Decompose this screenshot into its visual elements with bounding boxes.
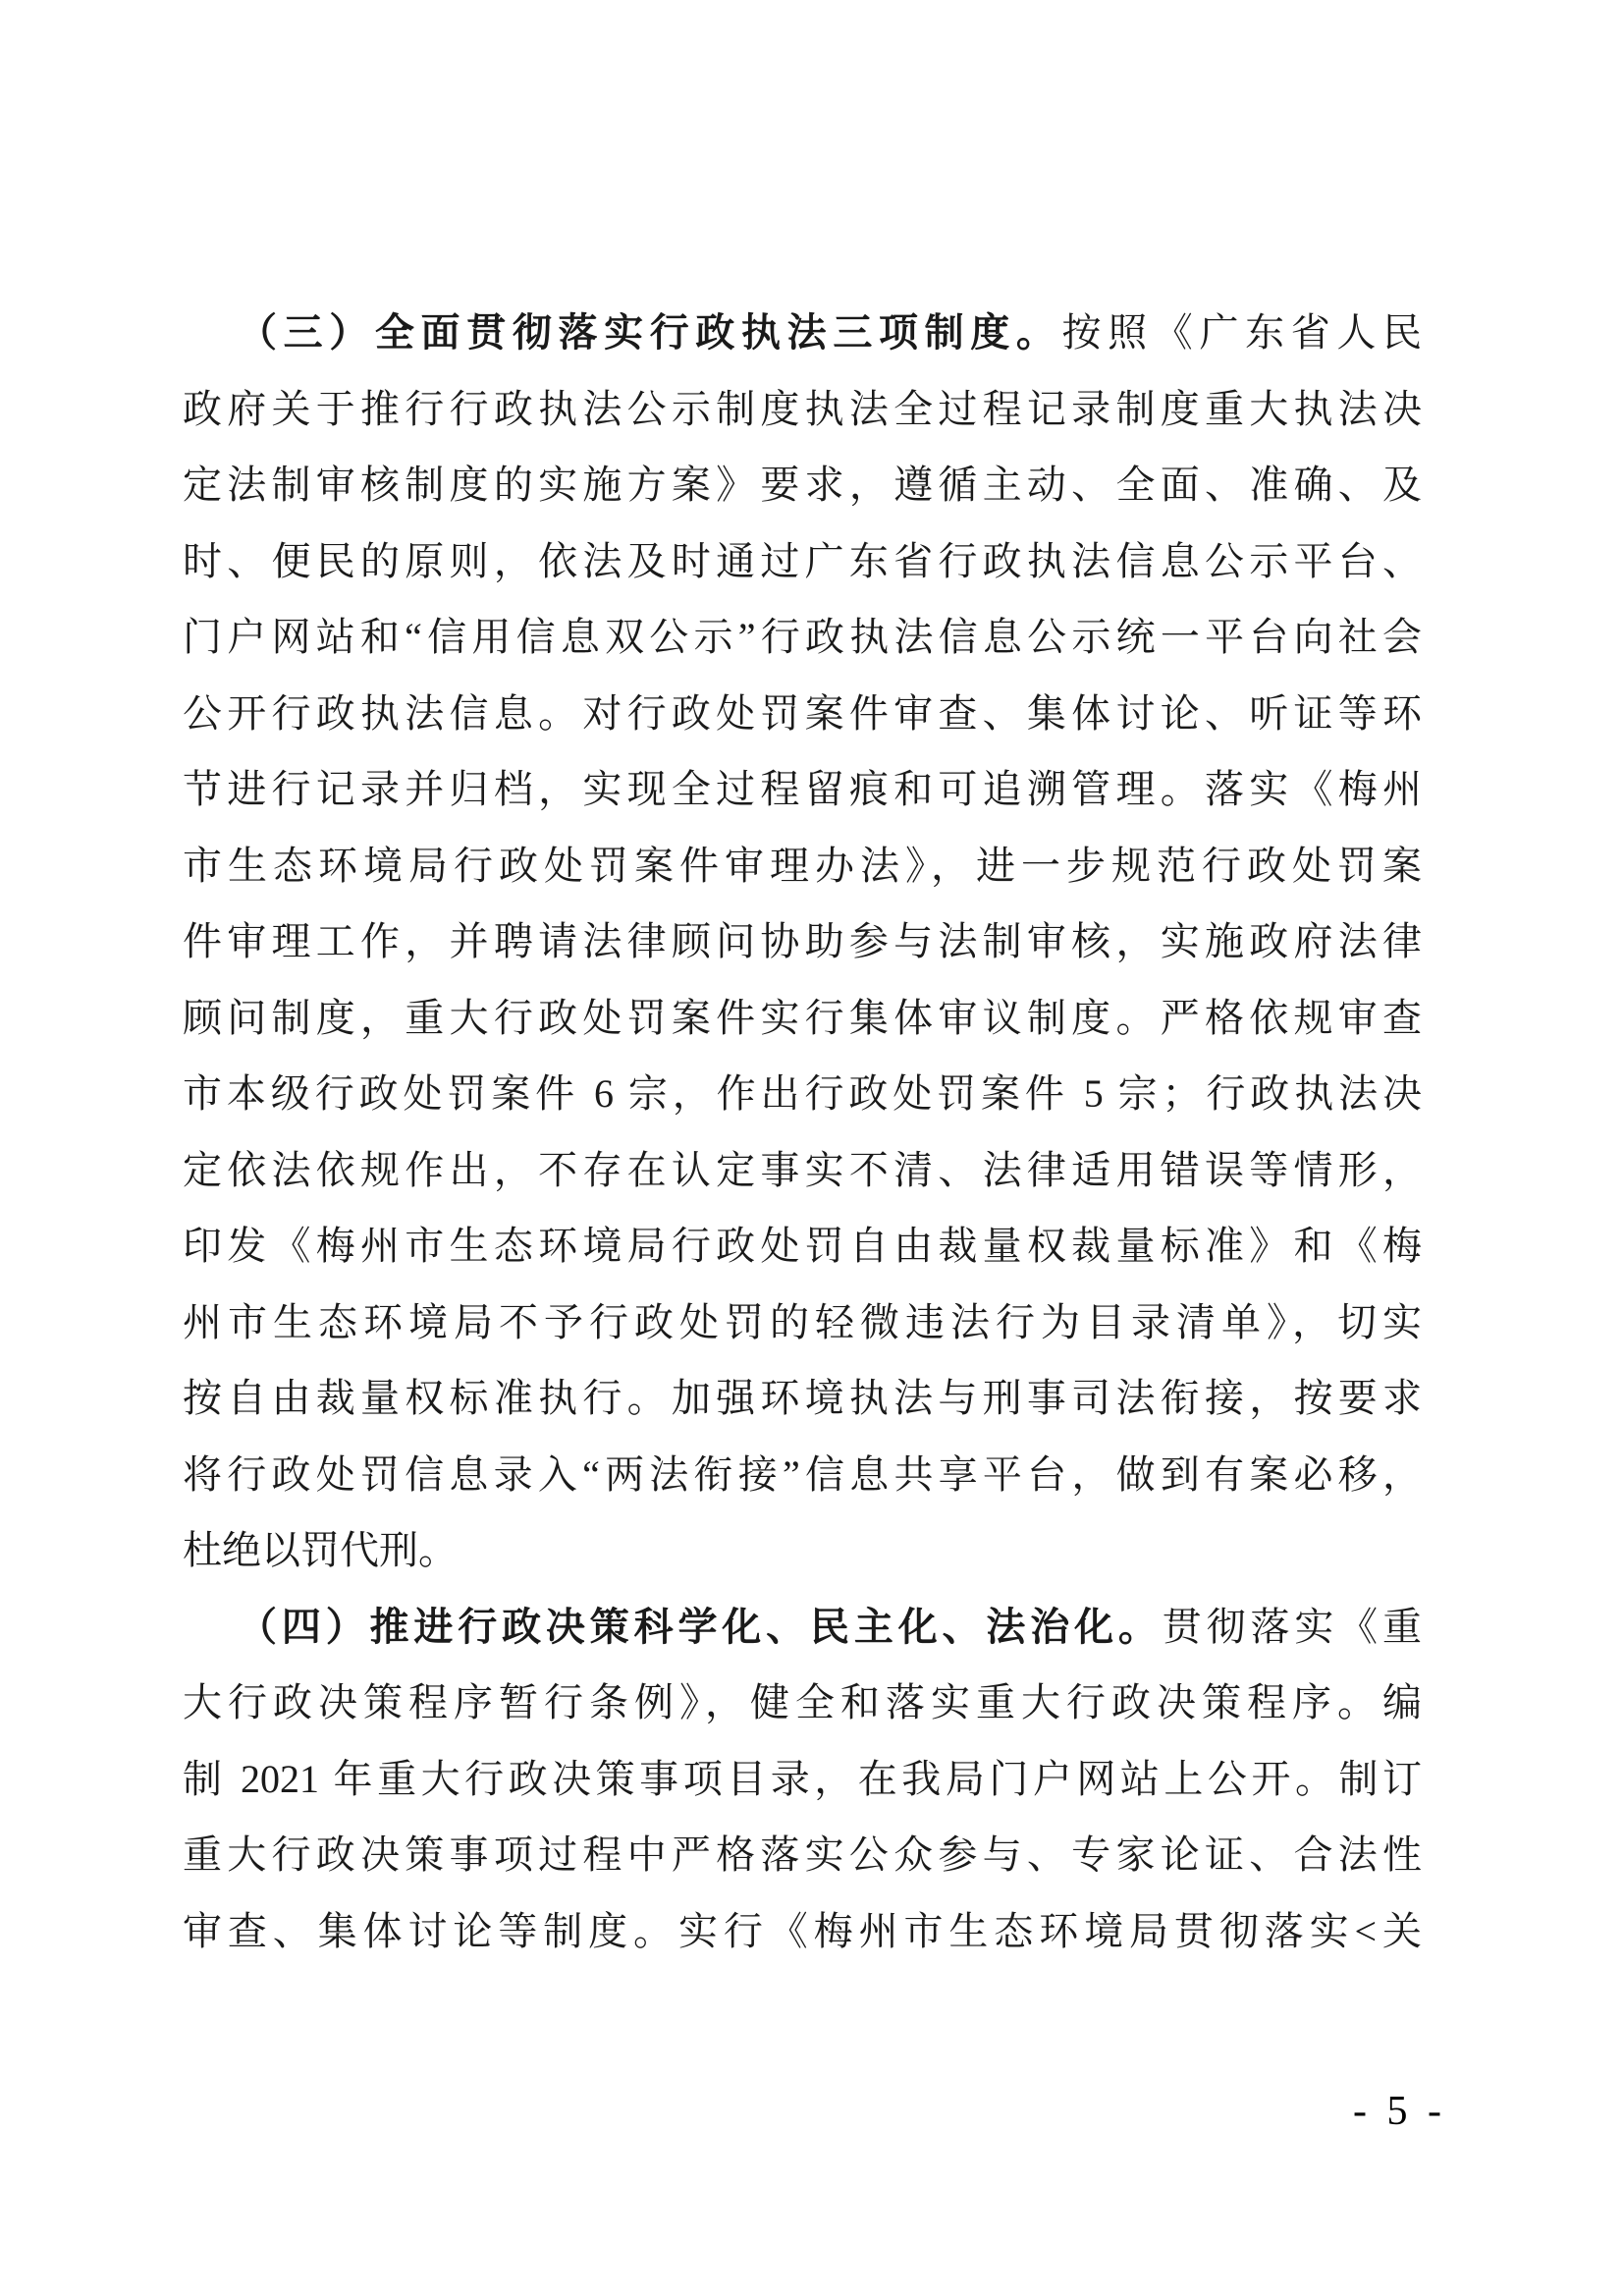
text-run: 州市生态环境局不予行政处罚的轻微违法行为目录清单》，切实 [183,1300,1422,1344]
text-run: 门户网站和“信用信息双公示”行政执法信息公示统一平台向社会 [183,615,1422,659]
text-run: 将行政处罚信息录入“两法衔接”信息共享平台，做到有案必移， [183,1452,1422,1497]
text-run: 政府关于推行行政执法公示制度执法全过程记录制度重大执法决 [183,387,1422,431]
text-line: 重大行政决策事项过程中严格落实公众参与、专家论证、合法性 [183,1817,1422,1893]
text-run: 时、便民的原则，依法及时通过广东省行政执法信息公示平台、 [183,539,1422,583]
paragraph-section-3: （三）全面贯彻落实行政执法三项制度。按照《广东省人民政府关于推行行政执法公示制度… [183,295,1422,1589]
text-line: 杜绝以罚代刑。 [183,1512,1422,1589]
text-run: 贯彻落实《重 [1163,1605,1422,1649]
text-run: 市本级行政处罚案件 6 宗，作出行政处罚案件 5 宗；行政执法决 [183,1071,1422,1116]
text-run: 市生态环境局行政处罚案件审理办法》，进一步规范行政处罚案 [183,844,1422,888]
text-line: 时、便民的原则，依法及时通过广东省行政执法信息公示平台、 [183,523,1422,600]
section-heading: （三）全面贯彻落实行政执法三项制度。 [238,310,1062,355]
text-line: 按自由裁量权标准执行。加强环境执法与刑事司法衔接，按要求 [183,1360,1422,1437]
text-line: （三）全面贯彻落实行政执法三项制度。按照《广东省人民 [183,295,1422,371]
text-line: 顾问制度，重大行政处罚案件实行集体审议制度。严格依规审查 [183,980,1422,1057]
text-line: 市本级行政处罚案件 6 宗，作出行政处罚案件 5 宗；行政执法决 [183,1056,1422,1132]
text-run: 节进行记录并归档，实现全过程留痕和可追溯管理。落实《梅州 [183,767,1422,811]
text-line: 定法制审核制度的实施方案》要求，遵循主动、全面、准确、及 [183,447,1422,523]
text-run: 顾问制度，重大行政处罚案件实行集体审议制度。严格依规审查 [183,996,1422,1040]
text-run: 杜绝以罚代刑。 [183,1528,458,1572]
text-run: 按照《广东省人民 [1062,310,1422,355]
paragraph-section-4: （四）推进行政决策科学化、民主化、法治化。贯彻落实《重大行政决策程序暂行条例》，… [183,1589,1422,1970]
text-line: 制 2021 年重大行政决策事项目录，在我局门户网站上公开。制订 [183,1741,1422,1818]
text-line: 将行政处罚信息录入“两法衔接”信息共享平台，做到有案必移， [183,1437,1422,1513]
text-run: 大行政决策程序暂行条例》，健全和落实重大行政决策程序。编 [183,1680,1422,1724]
page-number: - 5 - [1353,2088,1446,2135]
text-run: 定依法依规作出，不存在认定事实不清、法律适用错误等情形， [183,1148,1422,1192]
text-run: 制 2021 年重大行政决策事项目录，在我局门户网站上公开。制订 [183,1757,1422,1801]
text-run: 印发《梅州市生态环境局行政处罚自由裁量权裁量标准》和《梅 [183,1224,1422,1268]
text-run: 件审理工作，并聘请法律顾问协助参与法制审核，实施政府法律 [183,919,1422,963]
text-line: 政府关于推行行政执法公示制度执法全过程记录制度重大执法决 [183,371,1422,448]
text-run: 审查、集体讨论等制度。实行《梅州市生态环境局贯彻落实<关 [183,1909,1422,1953]
text-line: 节进行记录并归档，实现全过程留痕和可追溯管理。落实《梅州 [183,751,1422,828]
text-line: 公开行政执法信息。对行政处罚案件审查、集体讨论、听证等环 [183,676,1422,752]
text-line: 市生态环境局行政处罚案件审理办法》，进一步规范行政处罚案 [183,828,1422,904]
section-heading: （四）推进行政决策科学化、民主化、法治化。 [238,1605,1163,1649]
document-body: （三）全面贯彻落实行政执法三项制度。按照《广东省人民政府关于推行行政执法公示制度… [183,295,1422,1969]
text-line: 大行政决策程序暂行条例》，健全和落实重大行政决策程序。编 [183,1665,1422,1741]
text-line: 印发《梅州市生态环境局行政处罚自由裁量权裁量标准》和《梅 [183,1208,1422,1285]
text-line: 州市生态环境局不予行政处罚的轻微违法行为目录清单》，切实 [183,1285,1422,1361]
text-line: 件审理工作，并聘请法律顾问协助参与法制审核，实施政府法律 [183,903,1422,980]
text-line: 定依法依规作出，不存在认定事实不清、法律适用错误等情形， [183,1132,1422,1209]
text-run: 重大行政决策事项过程中严格落实公众参与、专家论证、合法性 [183,1832,1422,1877]
text-run: 定法制审核制度的实施方案》要求，遵循主动、全面、准确、及 [183,463,1422,507]
document-page: （三）全面贯彻落实行政执法三项制度。按照《广东省人民政府关于推行行政执法公示制度… [0,0,1623,2296]
text-run: 公开行政执法信息。对行政处罚案件审查、集体讨论、听证等环 [183,691,1422,736]
text-line: （四）推进行政决策科学化、民主化、法治化。贯彻落实《重 [183,1589,1422,1666]
text-line: 审查、集体讨论等制度。实行《梅州市生态环境局贯彻落实<关 [183,1893,1422,1970]
text-line: 门户网站和“信用信息双公示”行政执法信息公示统一平台向社会 [183,599,1422,676]
text-run: 按自由裁量权标准执行。加强环境执法与刑事司法衔接，按要求 [183,1376,1422,1420]
